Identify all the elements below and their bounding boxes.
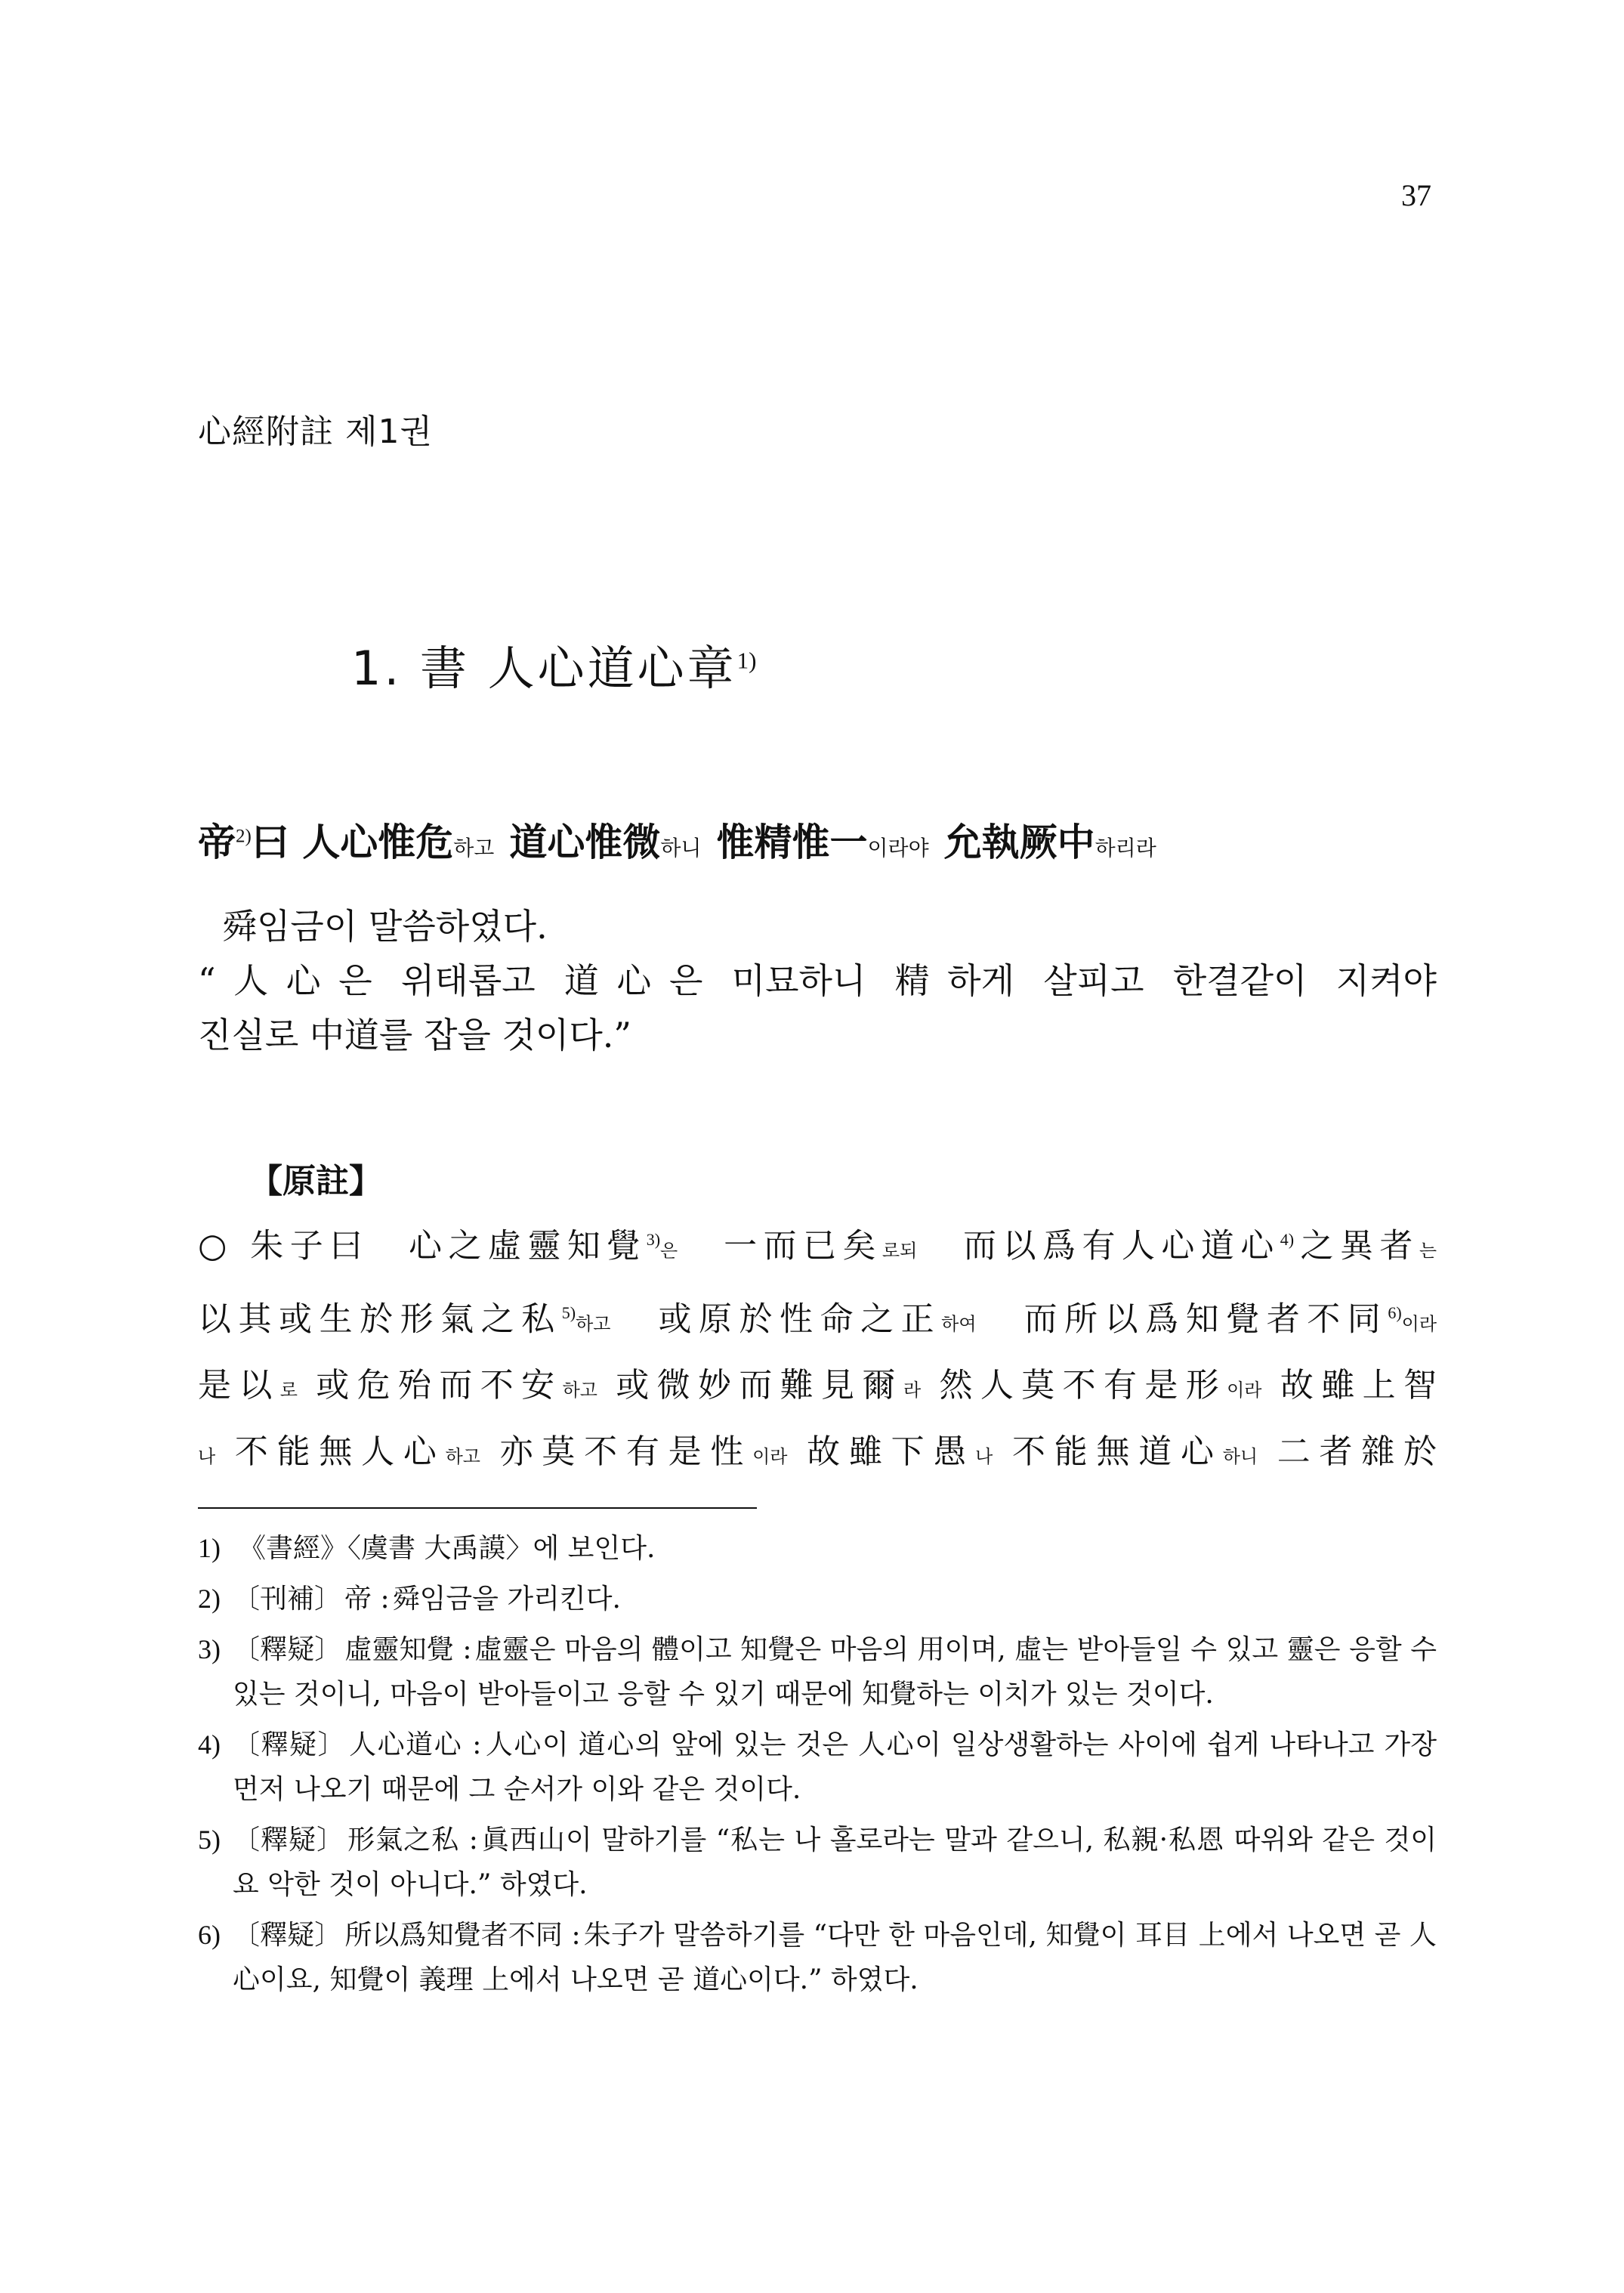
- translation: 舜임금이 말씀하였다. “人心은 위태롭고 道心은 미묘하니 精하게 살피고 한…: [198, 899, 1437, 1062]
- footnote-ref[interactable]: 1): [737, 647, 757, 673]
- commentary-text: ○ 朱子曰 心之虛靈知覺: [198, 1227, 647, 1265]
- running-header: 心經附註 제1권: [198, 404, 433, 453]
- footnote: 6) 〔釋疑〕所以爲知覺者不同 :朱子가 말씀하기를 “다만 한 마음인데, 知…: [198, 1913, 1437, 2002]
- footnote: 2) 〔刊補〕帝 :舜임금을 가리킨다.: [198, 1577, 1437, 1621]
- commentary-text: 不能無人心: [215, 1432, 445, 1471]
- commentary-line: 나 不能無人心하고 亦莫不有是性이라 故雖下愚나 不能無道心하니 二者雜於: [198, 1421, 1437, 1488]
- footnote-tag: 〔釋疑〕: [233, 1825, 344, 1856]
- footnote-ref[interactable]: 4): [1280, 1230, 1294, 1249]
- commentary-text: 是以: [198, 1366, 280, 1405]
- translation-line: “人心은 위태롭고 道心은 미묘하니 精하게 살피고 한결같이 지켜야: [198, 953, 1437, 1008]
- translation-line: 舜임금이 말씀하였다.: [198, 899, 1437, 953]
- footnotes: 1) 《書經》〈虞書 大禹謨〉에 보인다. 2) 〔刊補〕帝 :舜임금을 가리킨…: [198, 1526, 1437, 2008]
- classical-text: 帝2)曰 人心惟危하고道心惟微하니惟精惟一이라야允執厥中하리라: [198, 812, 1437, 867]
- korean-particle: 하니: [1223, 1446, 1258, 1467]
- footnote-text: 《書經》〈虞書 大禹謨〉에 보인다.: [239, 1533, 655, 1564]
- commentary-text: 亦莫不有是性: [480, 1432, 752, 1471]
- footnote-ref[interactable]: 2): [236, 826, 252, 846]
- commentary-text: 不能無道心: [993, 1432, 1222, 1471]
- chapter-title-text: 1. 書 人心道心章: [351, 641, 737, 696]
- original-commentary: ○ 朱子曰 心之虛靈知覺3)은 一而已矣로되 而以爲有人心道心4)之異者는以其或…: [198, 1209, 1437, 1488]
- commentary-text: 故雖上智: [1262, 1366, 1437, 1405]
- footnote-tag: 〔釋疑〕: [233, 1634, 341, 1665]
- footnote-number: 6): [198, 1913, 233, 2002]
- korean-particle: 하고: [563, 1380, 597, 1401]
- korean-particle: 하여: [941, 1313, 976, 1334]
- page-number: 37: [1401, 178, 1431, 213]
- footnote-term: 形氣之私 :: [347, 1825, 478, 1856]
- commentary-text: 故雖下愚: [787, 1432, 975, 1471]
- footnote-term: 所以爲知覺者不同 :: [344, 1920, 580, 1951]
- commentary-text: 二者雜於: [1258, 1432, 1437, 1471]
- footnote-text: 舜임금을 가리킨다.: [393, 1584, 621, 1615]
- korean-particle: 이라: [1227, 1380, 1261, 1401]
- footnote-number: 4): [198, 1723, 233, 1812]
- commentary-line: 是以로 或危殆而不安하고 或微妙而難見爾라 然人莫不有是形이라 故雖上智: [198, 1355, 1437, 1421]
- footnote-number: 5): [198, 1818, 233, 1907]
- commentary-text: 或原於性命之正: [610, 1299, 941, 1338]
- korean-particle: 하고: [446, 1446, 480, 1467]
- commentary-text: 然人莫不有是形: [921, 1366, 1227, 1405]
- commentary-text: 之異者: [1294, 1227, 1419, 1265]
- footnote-tag: 〔釋疑〕: [233, 1729, 346, 1760]
- footnote-term: 人心道心 :: [349, 1729, 481, 1760]
- footnote-divider: [198, 1507, 757, 1509]
- korean-particle: 는: [1419, 1241, 1437, 1262]
- classical-segment: 道心惟微하니: [509, 820, 716, 864]
- footnote-number: 2): [198, 1577, 233, 1621]
- korean-particle: 이라: [1402, 1313, 1437, 1334]
- commentary-line: ○ 朱子曰 心之虛靈知覺3)은 一而已矣로되 而以爲有人心道心4)之異者는: [198, 1209, 1437, 1282]
- footnote: 5) 〔釋疑〕形氣之私 :眞西山이 말하기를 “私는 나 홀로라는 말과 같으니…: [198, 1818, 1437, 1907]
- footnote-term: 虛靈知覺 :: [344, 1634, 471, 1665]
- korean-particle: 로되: [882, 1241, 917, 1262]
- korean-particle: 로: [280, 1380, 298, 1401]
- commentary-text: 或危殆而不安: [298, 1366, 563, 1405]
- commentary-text: 而以爲有人心道心: [917, 1227, 1280, 1265]
- classical-segment: 允執厥中하리라: [944, 820, 1172, 864]
- chapter-title: 1. 書 人心道心章1): [351, 631, 756, 698]
- footnote-number: 1): [198, 1526, 233, 1571]
- footnote: 1) 《書經》〈虞書 大禹謨〉에 보인다.: [198, 1526, 1437, 1571]
- commentary-text: 或微妙而難見爾: [597, 1366, 903, 1405]
- commentary-line: 以其或生於形氣之私5)하고 或原於性命之正하여 而所以爲知覺者不同6)이라: [198, 1282, 1437, 1355]
- footnote: 4) 〔釋疑〕人心道心 :人心이 道心의 앞에 있는 것은 人心이 일상생활하는…: [198, 1723, 1437, 1812]
- korean-particle: 라: [903, 1380, 921, 1401]
- translation-line: 진실로 中道를 잡을 것이다.”: [198, 1008, 1437, 1062]
- korean-particle: 나: [975, 1446, 993, 1467]
- footnote-term: 帝 :: [344, 1584, 390, 1615]
- korean-particle: 은: [660, 1241, 678, 1262]
- classical-segment: 帝2): [198, 820, 252, 864]
- footnote-tag: 〔刊補〕: [233, 1584, 341, 1615]
- korean-particle: 이라: [752, 1446, 787, 1467]
- commentary-text: 以其或生於形氣之私: [198, 1299, 562, 1338]
- footnote-tag: 〔釋疑〕: [233, 1920, 341, 1951]
- footnote: 3) 〔釋疑〕虛靈知覺 :虛靈은 마음의 體이고 知覺은 마음의 用이며, 虛는…: [198, 1627, 1437, 1717]
- footnote-ref[interactable]: 6): [1388, 1303, 1401, 1322]
- korean-particle: 나: [198, 1446, 215, 1467]
- section-label-original-commentary: 【原註】: [249, 1154, 382, 1202]
- footnote-ref[interactable]: 3): [647, 1230, 660, 1249]
- classical-segment: 惟精惟一이라야: [716, 820, 943, 864]
- footnote-ref[interactable]: 5): [562, 1303, 576, 1322]
- commentary-text: 而所以爲知覺者不同: [977, 1299, 1388, 1338]
- footnote-number: 3): [198, 1627, 233, 1717]
- commentary-text: 一而已矣: [678, 1227, 882, 1265]
- classical-segment: 曰 人心惟危하고: [252, 820, 510, 864]
- korean-particle: 하고: [576, 1313, 610, 1334]
